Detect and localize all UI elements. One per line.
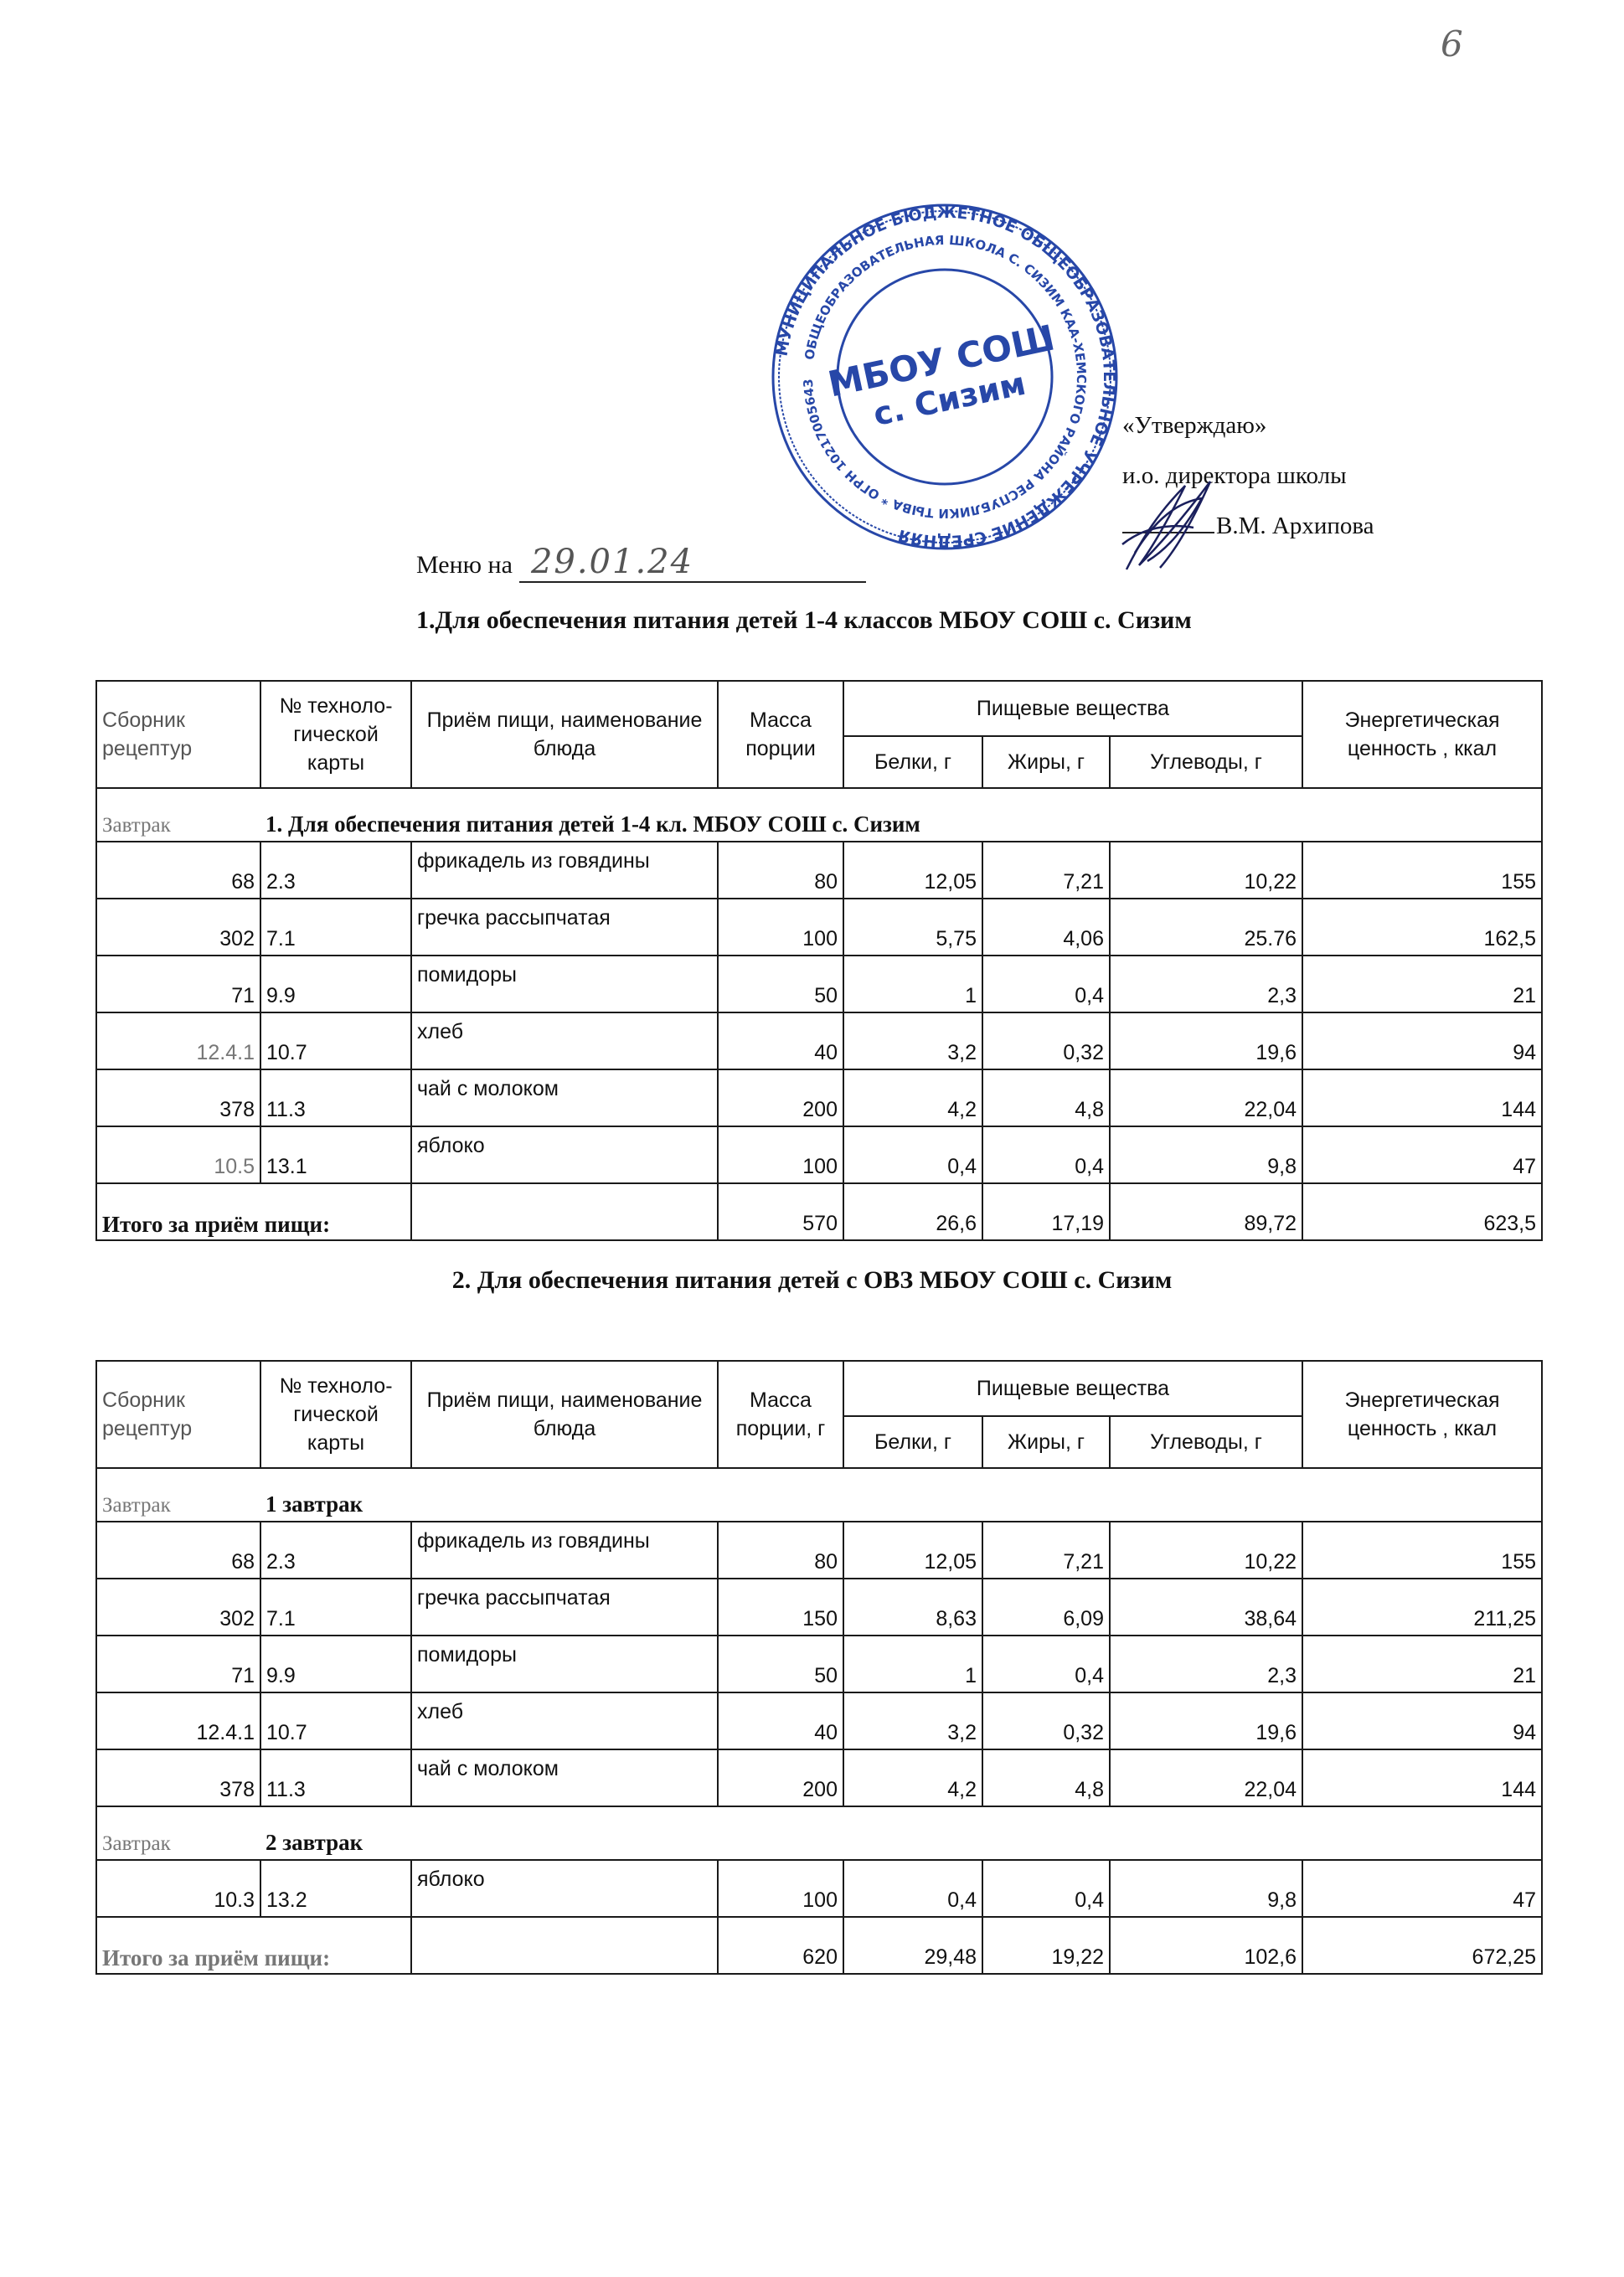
cell-tech-card: 2.3: [260, 842, 411, 899]
table-row: 682.3фрикадель из говядины8012,057,2110,…: [96, 842, 1542, 899]
cell-carbs: 10,22: [1110, 842, 1302, 899]
cell-tech-card: 9.9: [260, 1636, 411, 1692]
section-row: Завтрак1 завтрак: [96, 1468, 1542, 1522]
cell-fat: 6,09: [982, 1579, 1110, 1636]
cell-collection: 302: [96, 1579, 260, 1636]
total-mass: 570: [718, 1183, 843, 1240]
cell-carbs: 19,6: [1110, 1692, 1302, 1749]
cell-tech-card: 7.1: [260, 899, 411, 956]
cell-energy: 94: [1302, 1012, 1542, 1069]
total-carbs: 89,72: [1110, 1183, 1302, 1240]
section2-title: 2. Для обеспечения питания детей с ОВЗ М…: [0, 1266, 1624, 1295]
header-collection: Сборник рецептур: [96, 1361, 260, 1468]
header-nutrients: Пищевые вещества: [843, 681, 1302, 736]
cell-mass: 50: [718, 1636, 843, 1692]
cell-dish: помидоры: [411, 956, 718, 1012]
cell-tech-card: 10.7: [260, 1012, 411, 1069]
cell-collection: 10.3: [96, 1860, 260, 1917]
total-fat: 19,22: [982, 1917, 1110, 1974]
cell-fat: 0,4: [982, 1860, 1110, 1917]
table-row: 10.513.1яблоко1000,40,49,847: [96, 1126, 1542, 1183]
cell-collection: 302: [96, 899, 260, 956]
cell-dish: гречка рассыпчатая: [411, 899, 718, 956]
total-row: Итого за приём пищи:57026,617,1989,72623…: [96, 1183, 1542, 1240]
cell-carbs: 2,3: [1110, 956, 1302, 1012]
header-fat: Жиры, г: [982, 736, 1110, 788]
cell-collection: 68: [96, 842, 260, 899]
cell-energy: 47: [1302, 1860, 1542, 1917]
cell-dish: помидоры: [411, 1636, 718, 1692]
cell-dish: хлеб: [411, 1692, 718, 1749]
cell-energy: 94: [1302, 1692, 1542, 1749]
table-row: 682.3фрикадель из говядины8012,057,2110,…: [96, 1522, 1542, 1579]
cell-fat: 7,21: [982, 842, 1110, 899]
section-row: Завтрак1. Для обеспечения питания детей …: [96, 788, 1542, 842]
header-tech-card: № техноло-гической карты: [260, 1361, 411, 1468]
cell-tech-card: 10.7: [260, 1692, 411, 1749]
page-number: 6: [1441, 23, 1463, 64]
cell-dish: яблоко: [411, 1860, 718, 1917]
table-row: 10.313.2яблоко1000,40,49,847: [96, 1860, 1542, 1917]
cell-tech-card: 9.9: [260, 956, 411, 1012]
cell-protein: 12,05: [843, 1522, 982, 1579]
cell-mass: 50: [718, 956, 843, 1012]
header-dish: Приём пищи, наименование блюда: [411, 1361, 718, 1468]
cell-dish: фрикадель из говядины: [411, 842, 718, 899]
cell-tech-card: 13.1: [260, 1126, 411, 1183]
cell-energy: 21: [1302, 1636, 1542, 1692]
table-row: 719.9помидоры5010,42,321: [96, 956, 1542, 1012]
table-row: 12.4.110.7хлеб403,20,3219,694: [96, 1692, 1542, 1749]
cell-protein: 4,2: [843, 1069, 982, 1126]
cell-collection: 71: [96, 1636, 260, 1692]
section-title: 2 завтрак: [266, 1830, 363, 1855]
header-protein: Белки, г: [843, 736, 982, 788]
cell-fat: 4,8: [982, 1749, 1110, 1806]
cell-collection: 378: [96, 1069, 260, 1126]
cell-energy: 144: [1302, 1749, 1542, 1806]
cell-tech-card: 13.2: [260, 1860, 411, 1917]
section-label: Завтрак: [102, 814, 266, 837]
total-energy: 672,25: [1302, 1917, 1542, 1974]
cell-dish: гречка рассыпчатая: [411, 1579, 718, 1636]
header-carbs: Углеводы, г: [1110, 1416, 1302, 1468]
cell-protein: 1: [843, 1636, 982, 1692]
section1-title: 1.Для обеспечения питания детей 1-4 клас…: [416, 606, 1192, 635]
menu-date: 29.01.24: [519, 543, 866, 583]
cell-carbs: 38,64: [1110, 1579, 1302, 1636]
table-row: 719.9помидоры5010,42,321: [96, 1636, 1542, 1692]
section-label: Завтрак: [102, 1494, 266, 1517]
menu-label: Меню на: [416, 551, 513, 579]
cell-carbs: 19,6: [1110, 1012, 1302, 1069]
table-row: 12.4.110.7хлеб403,20,3219,694: [96, 1012, 1542, 1069]
cell-mass: 80: [718, 1522, 843, 1579]
total-fat: 17,19: [982, 1183, 1110, 1240]
menu-date-line: Меню на29.01.24: [416, 543, 866, 583]
cell-carbs: 9,8: [1110, 1860, 1302, 1917]
cell-collection: 12.4.1: [96, 1012, 260, 1069]
header-fat: Жиры, г: [982, 1416, 1110, 1468]
cell-mass: 40: [718, 1012, 843, 1069]
cell-fat: 0,4: [982, 1126, 1110, 1183]
cell-protein: 8,63: [843, 1579, 982, 1636]
cell-mass: 200: [718, 1069, 843, 1126]
cell-protein: 0,4: [843, 1126, 982, 1183]
cell-tech-card: 11.3: [260, 1069, 411, 1126]
section-label: Завтрак: [102, 1832, 266, 1856]
total-label: Итого за приём пищи:: [96, 1917, 411, 1974]
cell-tech-card: 7.1: [260, 1579, 411, 1636]
cell-protein: 12,05: [843, 842, 982, 899]
cell-protein: 5,75: [843, 899, 982, 956]
handwritten-signature: [1110, 469, 1244, 578]
cell-mass: 150: [718, 1579, 843, 1636]
section-row: Завтрак2 завтрак: [96, 1806, 1542, 1860]
header-dish: Приём пищи, наименование блюда: [411, 681, 718, 788]
cell-mass: 200: [718, 1749, 843, 1806]
menu-table-ovz: Сборник рецептур № техноло-гической карт…: [95, 1360, 1543, 1975]
table-row: 3027.1гречка рассыпчатая1005,754,0625.76…: [96, 899, 1542, 956]
cell-protein: 0,4: [843, 1860, 982, 1917]
total-protein: 26,6: [843, 1183, 982, 1240]
cell-protein: 3,2: [843, 1692, 982, 1749]
cell-energy: 21: [1302, 956, 1542, 1012]
cell-mass: 40: [718, 1692, 843, 1749]
cell-fat: 0,4: [982, 1636, 1110, 1692]
cell-energy: 155: [1302, 842, 1542, 899]
cell-dish: чай с молоком: [411, 1749, 718, 1806]
total-empty-cell: [411, 1917, 718, 1974]
header-energy: Энергетическая ценность , ккал: [1302, 1361, 1542, 1468]
header-mass: Масса порции, г: [718, 1361, 843, 1468]
cell-dish: хлеб: [411, 1012, 718, 1069]
cell-collection: 12.4.1: [96, 1692, 260, 1749]
cell-fat: 0,4: [982, 956, 1110, 1012]
cell-carbs: 10,22: [1110, 1522, 1302, 1579]
total-protein: 29,48: [843, 1917, 982, 1974]
cell-protein: 1: [843, 956, 982, 1012]
cell-dish: чай с молоком: [411, 1069, 718, 1126]
table-row: 37811.3чай с молоком2004,24,822,04144: [96, 1749, 1542, 1806]
header-collection: Сборник рецептур: [96, 681, 260, 788]
table-row: 37811.3чай с молоком2004,24,822,04144: [96, 1069, 1542, 1126]
cell-collection: 378: [96, 1749, 260, 1806]
section-title: 1. Для обеспечения питания детей 1-4 кл.…: [266, 811, 920, 837]
school-stamp: МУНИЦИПАЛЬНОЕ БЮДЖЕТНОЕ ОБЩЕОБРАЗОВАТЕЛЬ…: [769, 201, 1121, 553]
cell-energy: 211,25: [1302, 1579, 1542, 1636]
header-carbs: Углеводы, г: [1110, 736, 1302, 788]
cell-dish: фрикадель из говядины: [411, 1522, 718, 1579]
header-mass: Масса порции: [718, 681, 843, 788]
cell-fat: 0,32: [982, 1692, 1110, 1749]
cell-protein: 4,2: [843, 1749, 982, 1806]
cell-mass: 80: [718, 842, 843, 899]
total-mass: 620: [718, 1917, 843, 1974]
cell-dish: яблоко: [411, 1126, 718, 1183]
cell-fat: 0,32: [982, 1012, 1110, 1069]
cell-fat: 4,8: [982, 1069, 1110, 1126]
cell-carbs: 22,04: [1110, 1749, 1302, 1806]
cell-tech-card: 11.3: [260, 1749, 411, 1806]
cell-collection: 71: [96, 956, 260, 1012]
cell-mass: 100: [718, 1126, 843, 1183]
cell-carbs: 25.76: [1110, 899, 1302, 956]
cell-carbs: 2,3: [1110, 1636, 1302, 1692]
cell-collection: 10.5: [96, 1126, 260, 1183]
header-protein: Белки, г: [843, 1416, 982, 1468]
cell-energy: 155: [1302, 1522, 1542, 1579]
total-energy: 623,5: [1302, 1183, 1542, 1240]
cell-mass: 100: [718, 1860, 843, 1917]
cell-energy: 144: [1302, 1069, 1542, 1126]
cell-fat: 4,06: [982, 899, 1110, 956]
header-nutrients: Пищевые вещества: [843, 1361, 1302, 1416]
total-carbs: 102,6: [1110, 1917, 1302, 1974]
section-title: 1 завтрак: [266, 1491, 363, 1517]
cell-collection: 68: [96, 1522, 260, 1579]
header-tech-card: № техноло-гической карты: [260, 681, 411, 788]
cell-carbs: 9,8: [1110, 1126, 1302, 1183]
total-row: Итого за приём пищи:62029,4819,22102,667…: [96, 1917, 1542, 1974]
cell-carbs: 22,04: [1110, 1069, 1302, 1126]
table-row: 3027.1гречка рассыпчатая1508,636,0938,64…: [96, 1579, 1542, 1636]
total-label: Итого за приём пищи:: [96, 1183, 411, 1240]
cell-fat: 7,21: [982, 1522, 1110, 1579]
cell-tech-card: 2.3: [260, 1522, 411, 1579]
cell-energy: 162,5: [1302, 899, 1542, 956]
total-empty-cell: [411, 1183, 718, 1240]
approve-label: «Утверждаю»: [1122, 400, 1374, 451]
header-energy: Энергетическая ценность , ккал: [1302, 681, 1542, 788]
cell-mass: 100: [718, 899, 843, 956]
cell-protein: 3,2: [843, 1012, 982, 1069]
menu-table-grades-1-4: Сборник рецептур № техноло-гической карт…: [95, 680, 1543, 1241]
cell-energy: 47: [1302, 1126, 1542, 1183]
